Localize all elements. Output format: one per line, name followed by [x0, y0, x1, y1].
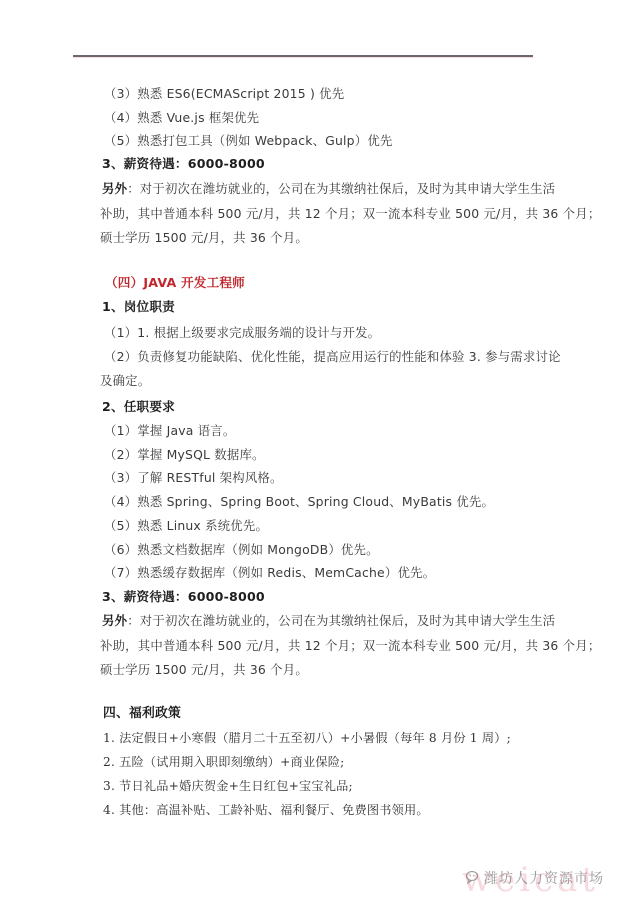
benefit-item: 2. 五险（试用期入职即刻缴纳）+商业保险; [103, 754, 344, 770]
salary-line: 3、薪资待遇：6000-8000 [102, 589, 265, 605]
requirement-item: （4）熟悉 Vue.js 框架优先 [104, 110, 259, 126]
job-title-java: （四）JAVA 开发工程师 [105, 275, 245, 291]
note-text: ：对于初次在潍坊就业的，公司在为其缴纳社保后，及时为其申请大学生生活 [127, 181, 555, 196]
subsidy-note-line-1: 另外：对于初次在潍坊就业的，公司在为其缴纳社保后，及时为其申请大学生生活 [102, 181, 555, 197]
requirement-item: （6）熟悉文档数据库（例如 MongoDB）优先。 [104, 542, 379, 558]
benefit-item: 3. 节日礼品+婚庆贺金+生日红包+宝宝礼品; [103, 778, 353, 794]
salary-label: 3、薪资待遇： [102, 589, 188, 604]
note-text: ：对于初次在潍坊就业的，公司在为其缴纳社保后，及时为其申请大学生生活 [127, 613, 555, 628]
salary-label: 3、薪资待遇： [102, 156, 188, 171]
duty-item: （1）1. 根据上级要求完成服务端的设计与开发。 [104, 325, 380, 341]
note-label: 另外 [102, 613, 127, 628]
watermark: weicat 潍坊人力资源市场 [462, 860, 640, 900]
salary-value: 6000-8000 [188, 589, 265, 604]
wechat-logo-icon [466, 869, 480, 885]
duty-item: （2）负责修复功能缺陷、优化性能，提高应用运行的性能和体验 3. 参与需求讨论 [104, 349, 561, 365]
requirement-item: （3）了解 RESTful 架构风格。 [104, 470, 283, 486]
note-label: 另外 [102, 181, 127, 196]
salary-value: 6000-8000 [188, 156, 265, 171]
duty-item-continued: 及确定。 [100, 373, 150, 389]
benefit-item: 1. 法定假日+小寒假（腊月二十五至初八）+小暑假（每年 8 月份 1 周）; [103, 730, 511, 746]
top-divider [73, 55, 533, 58]
requirement-item: （1）掌握 Java 语言。 [104, 423, 235, 439]
benefits-heading: 四、福利政策 [103, 706, 181, 722]
requirement-item: （3）熟悉 ES6(ECMAScript 2015 ) 优先 [104, 86, 344, 102]
watermark-text: 潍坊人力资源市场 [484, 870, 604, 888]
subsidy-note-line-3: 硕士学历 1500 元/月，共 36 个月。 [100, 230, 308, 246]
benefit-item: 4. 其他：高温补贴、工龄补贴、福利餐厅、免费图书领用。 [103, 802, 429, 818]
requirement-item: （4）熟悉 Spring、Spring Boot、Spring Cloud、My… [104, 494, 494, 510]
requirements-heading: 2、任职要求 [102, 399, 175, 415]
requirement-item: （5）熟悉打包工具（例如 Webpack、Gulp）优先 [104, 133, 393, 149]
requirement-item: （2）掌握 MySQL 数据库。 [104, 447, 265, 463]
subsidy-note-line-2: 补助，其中普通本科 500 元/月，共 12 个月；双一流本科专业 500 元/… [100, 638, 600, 654]
salary-line: 3、薪资待遇：6000-8000 [102, 156, 265, 172]
requirement-item: （7）熟悉缓存数据库（例如 Redis、MemCache）优先。 [104, 565, 435, 581]
subsidy-note-line-2: 补助，其中普通本科 500 元/月，共 12 个月；双一流本科专业 500 元/… [100, 206, 600, 222]
subsidy-note-line-1: 另外：对于初次在潍坊就业的，公司在为其缴纳社保后，及时为其申请大学生生活 [102, 613, 555, 629]
subsidy-note-line-3: 硕士学历 1500 元/月，共 36 个月。 [100, 662, 308, 678]
duties-heading: 1、岗位职责 [102, 299, 175, 315]
requirement-item: （5）熟悉 Linux 系统优先。 [104, 518, 268, 534]
